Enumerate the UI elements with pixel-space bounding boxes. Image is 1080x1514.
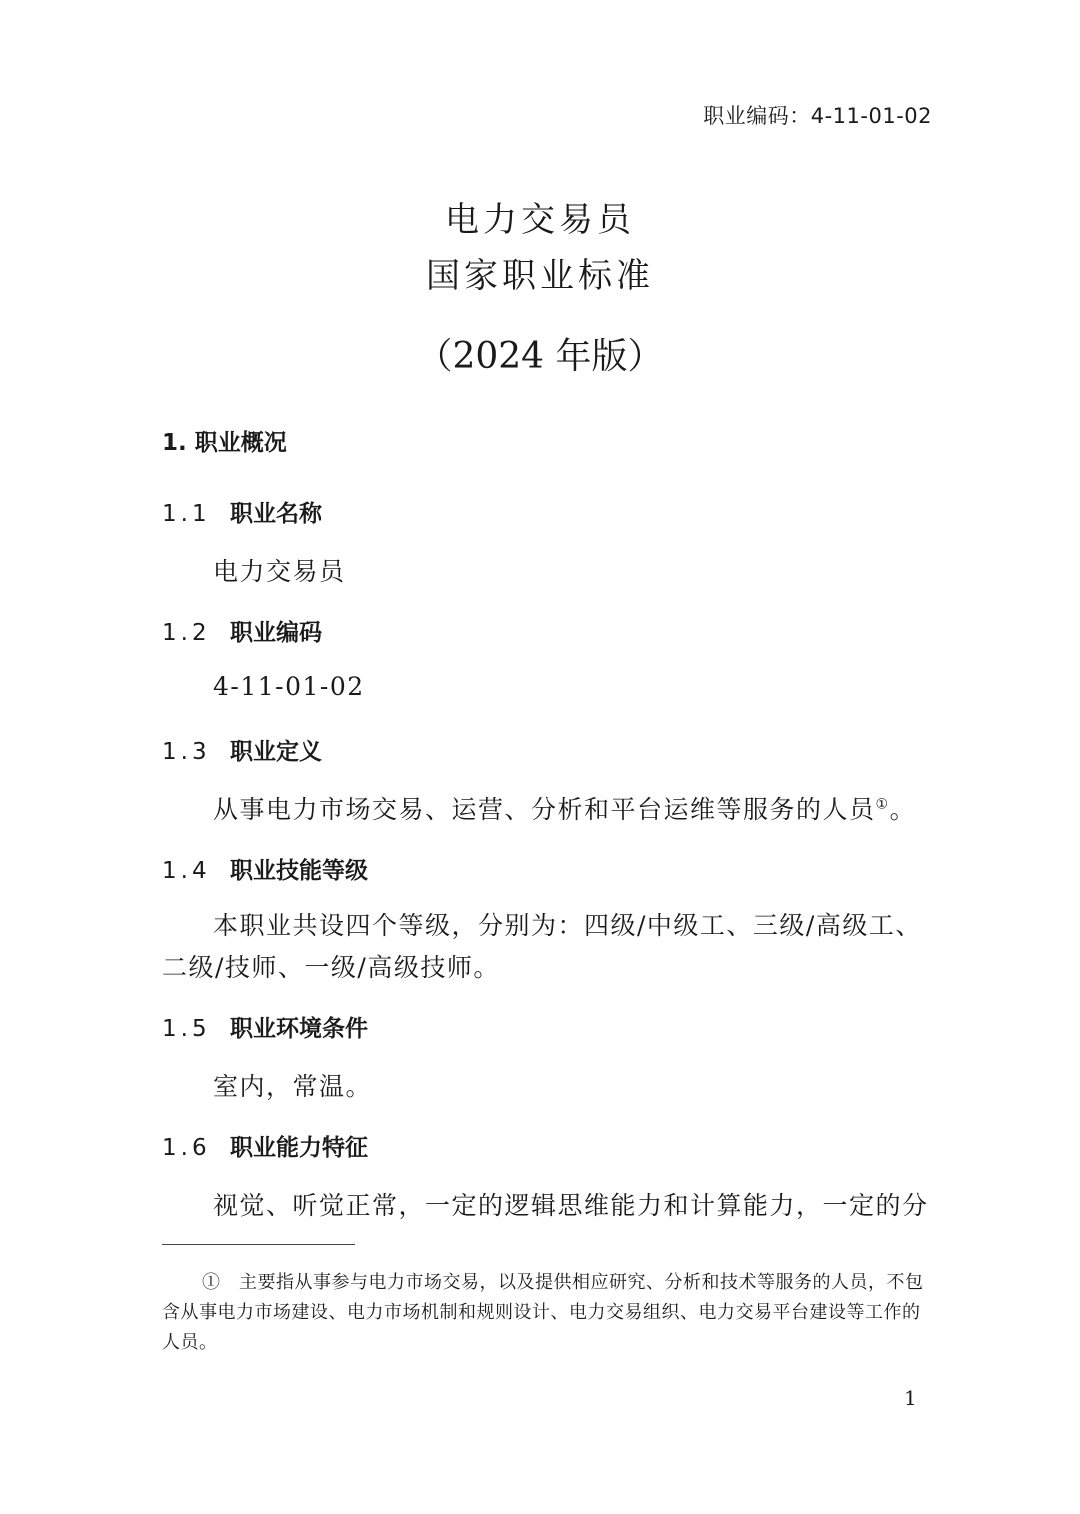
section-body-1-4: 本职业共设四个等级，分别为：四级/中级工、三级/高级工、二级/技师、一级/高级技…: [162, 905, 937, 989]
section-heading-1-5: 1.5职业环境条件: [162, 1010, 368, 1043]
section-number: 1.6: [162, 1135, 230, 1161]
section-title: 职业环境条件: [230, 1016, 368, 1042]
section-number: 1.3: [162, 739, 230, 765]
section-title: 职业定义: [230, 739, 322, 765]
section-heading-1-3: 1.3职业定义: [162, 733, 322, 766]
section-body-1-2: 4-11-01-02: [213, 672, 365, 701]
section-title: 职业能力特征: [230, 1135, 368, 1161]
section-title: 职业名称: [230, 501, 322, 527]
section-heading-1-4: 1.4职业技能等级: [162, 852, 368, 885]
document-subtitle: 国家职业标准: [0, 248, 1080, 297]
section-body-1-1: 电力交易员: [213, 552, 346, 588]
footnote-divider: [162, 1244, 355, 1245]
definition-tail: 。: [890, 795, 917, 824]
section-number: 1.4: [162, 858, 230, 884]
section-title: 职业技能等级: [230, 858, 368, 884]
section-heading-1-1: 1.1职业名称: [162, 495, 322, 528]
section-body-1-6: 视觉、听觉正常，一定的逻辑思维能力和计算能力，一定的分: [213, 1186, 929, 1222]
section-body-1-3: 从事电力市场交易、运营、分析和平台运维等服务的人员①。: [213, 790, 916, 826]
edition-label: （2024 年版）: [0, 328, 1080, 379]
section-heading-1-6: 1.6职业能力特征: [162, 1129, 368, 1162]
section-number: 1.1: [162, 501, 230, 527]
section-title: 职业编码: [230, 620, 322, 646]
footnote-reference[interactable]: ①: [876, 797, 890, 813]
section-number: 1.5: [162, 1016, 230, 1042]
section-heading-1: 1. 职业概况: [162, 424, 287, 457]
page-number: 1: [904, 1386, 917, 1410]
section-heading-1-2: 1.2职业编码: [162, 614, 322, 647]
occupation-code-header: 职业编码：4-11-01-02: [703, 100, 932, 130]
section-number: 1.2: [162, 620, 230, 646]
section-body-1-5: 室内，常温。: [213, 1067, 372, 1103]
document-title: 电力交易员: [0, 192, 1080, 241]
footnote: ① 主要指从事参与电力市场交易，以及提供相应研究、分析和技术等服务的人员，不包含…: [162, 1268, 937, 1358]
definition-text: 从事电力市场交易、运营、分析和平台运维等服务的人员: [213, 795, 876, 824]
